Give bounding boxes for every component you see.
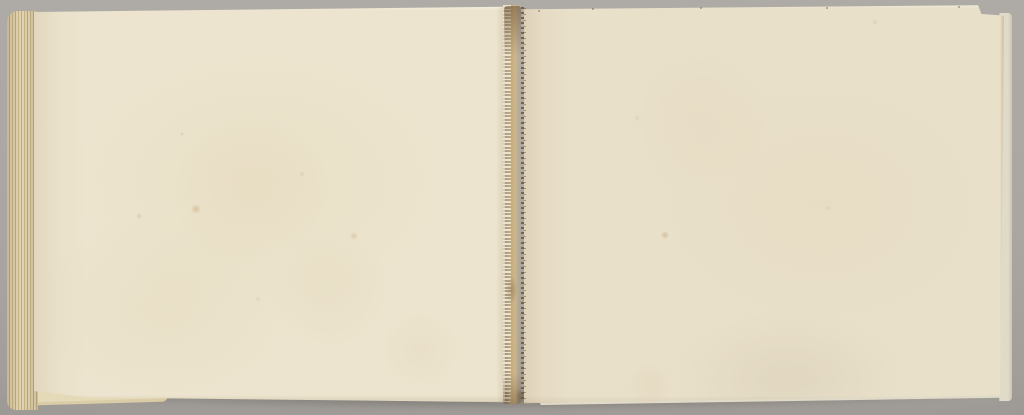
edge-speck (826, 7, 828, 9)
foxing-spot (136, 213, 142, 219)
right-blank-page (524, 4, 1004, 404)
gutter-wear-middle (504, 272, 519, 308)
foxing-spot (380, 310, 460, 390)
photo-backdrop (0, 0, 1024, 415)
edge-speck (538, 10, 540, 12)
edge-speck (592, 8, 594, 10)
foxing-spot (628, 363, 672, 407)
foxing-spot (255, 296, 261, 302)
gutter-wear-bottom (503, 370, 521, 404)
foxing-spot (630, 50, 770, 190)
gutter-wear-top (504, 6, 521, 60)
foxing-spot (661, 231, 669, 239)
foxing-spot (825, 205, 831, 211)
fore-edge-page-stack (7, 11, 38, 410)
foxing-spot (872, 19, 878, 25)
foxing-spot (170, 110, 330, 270)
edge-speck (958, 6, 960, 8)
perforation-stitch-line (524, 8, 526, 402)
foxing-spot (180, 132, 184, 136)
edge-speck (700, 7, 702, 9)
